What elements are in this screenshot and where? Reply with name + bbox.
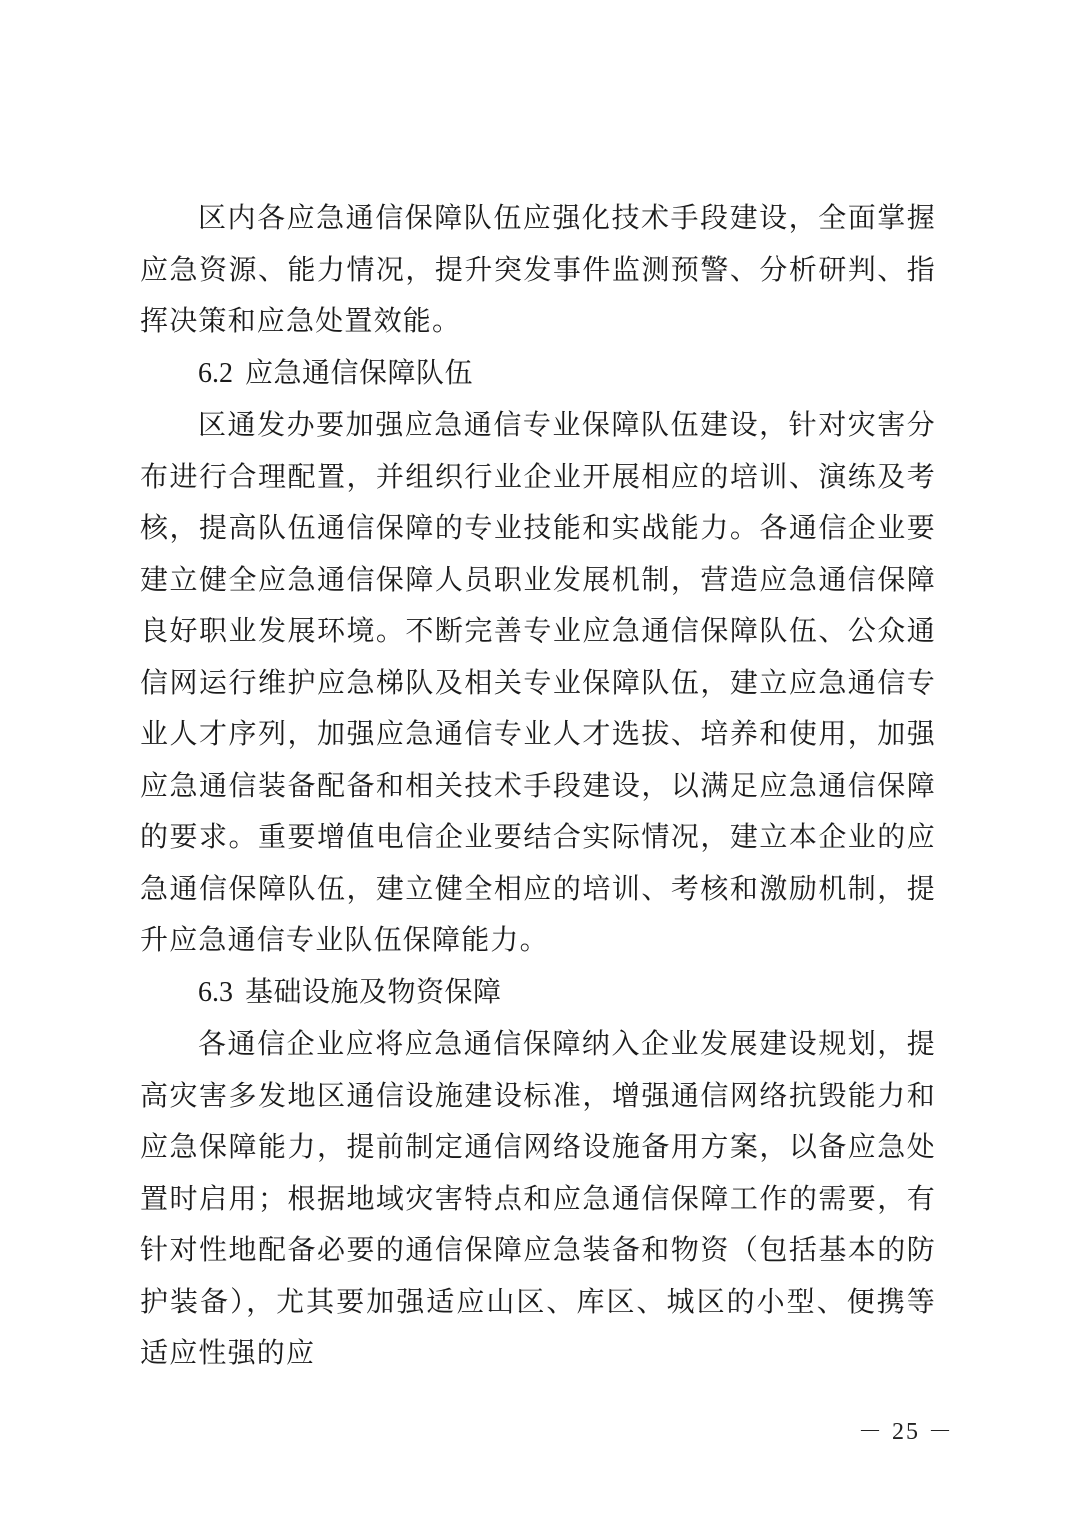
section-number: 6.2 bbox=[198, 358, 233, 389]
paragraph-6-2: 区通发办要加强应急通信专业保障队伍建设，针对灾害分布进行合理配置，并组织行业企业… bbox=[140, 399, 936, 966]
section-heading-6-3: 6.3基础设施及物资保障 bbox=[140, 966, 936, 1019]
section-title: 基础设施及物资保障 bbox=[245, 975, 502, 1008]
paragraph-intro: 区内各应急通信保障队伍应强化技术手段建设，全面掌握应急资源、能力情况，提升突发事… bbox=[140, 192, 936, 347]
document-page: 区内各应急通信保障队伍应强化技术手段建设，全面掌握应急资源、能力情况，提升突发事… bbox=[0, 0, 1074, 1518]
document-body: 区内各应急通信保障队伍应强化技术手段建设，全面掌握应急资源、能力情况，提升突发事… bbox=[140, 192, 936, 1379]
section-heading-6-2: 6.2应急通信保障队伍 bbox=[140, 347, 936, 400]
section-number: 6.3 bbox=[198, 977, 233, 1008]
section-title: 应急通信保障队伍 bbox=[245, 356, 473, 389]
page-number: － 25 － bbox=[858, 1411, 954, 1446]
paragraph-6-3: 各通信企业应将应急通信保障纳入企业发展建设规划，提高灾害多发地区通信设施建设标准… bbox=[140, 1018, 936, 1379]
